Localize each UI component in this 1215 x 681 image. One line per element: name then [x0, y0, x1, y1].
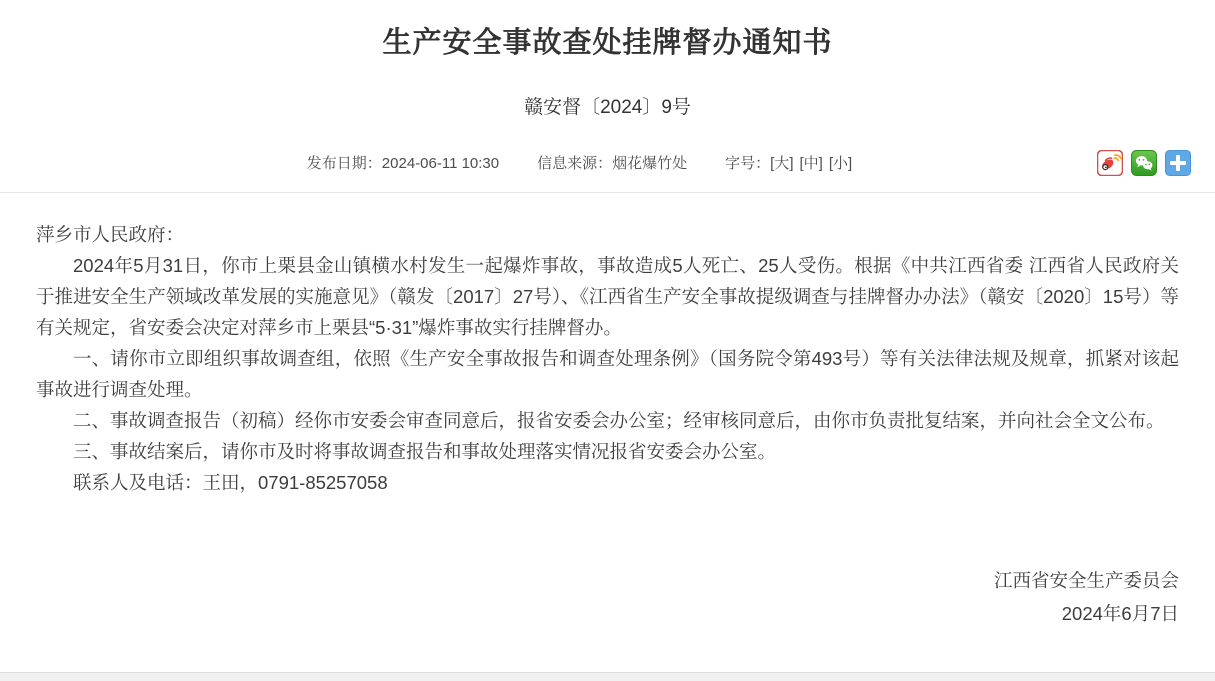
font-size-large[interactable]: [大]	[770, 152, 793, 173]
page-bottom-strip	[0, 672, 1215, 681]
wechat-icon[interactable]	[1131, 150, 1157, 176]
paragraph-item-2: 二、事故调查报告（初稿）经你市安委会审查同意后，报省安委会办公室；经审核同意后，…	[36, 405, 1179, 436]
document-number: 赣安督〔2024〕9号	[0, 92, 1215, 119]
info-source-value: 烟花爆竹处	[612, 155, 687, 172]
font-size-label: 字号：	[725, 155, 770, 172]
font-size-control: 字号：[大][中][小]	[725, 152, 852, 173]
signature-date: 2024年6月7日	[0, 597, 1179, 630]
document-body: 萍乡市人民政府： 2024年5月31日，你市上栗县金山镇横水村发生一起爆炸事故，…	[0, 193, 1215, 498]
document-header: 生产安全事故查处挂牌督办通知书 赣安督〔2024〕9号 发布日期：2024-06…	[0, 0, 1215, 180]
paragraph-intro: 2024年5月31日，你市上栗县金山镇横水村发生一起爆炸事故，事故造成5人死亡、…	[36, 250, 1179, 343]
contact-line: 联系人及电话：王田，0791-85257058	[36, 467, 1179, 498]
font-size-medium[interactable]: [中]	[800, 152, 823, 173]
share-more-icon[interactable]	[1165, 150, 1191, 176]
publish-date-value: 2024-06-11 10:30	[382, 155, 499, 172]
paragraph-item-1: 一、请你市立即组织事故调查组，依照《生产安全事故报告和调查处理条例》（国务院令第…	[36, 343, 1179, 405]
publish-date: 发布日期：2024-06-11 10:30	[307, 152, 499, 173]
share-buttons	[1097, 150, 1191, 176]
signature-org: 江西省安全生产委员会	[0, 564, 1179, 597]
paragraph-item-3: 三、事故结案后，请你市及时将事故调查报告和事故处理落实情况报省安委会办公室。	[36, 436, 1179, 467]
publish-date-label: 发布日期：	[307, 155, 382, 172]
salutation: 萍乡市人民政府：	[36, 219, 1179, 250]
page-title: 生产安全事故查处挂牌督办通知书	[0, 20, 1215, 61]
info-source: 信息来源：烟花爆竹处	[537, 152, 687, 173]
weibo-icon[interactable]	[1097, 150, 1123, 176]
font-size-small[interactable]: [小]	[829, 152, 852, 173]
info-source-label: 信息来源：	[537, 155, 612, 172]
signature-block: 江西省安全生产委员会 2024年6月7日	[0, 564, 1215, 630]
meta-row: 发布日期：2024-06-11 10:30 信息来源：烟花爆竹处 字号：[大][…	[0, 152, 1215, 180]
